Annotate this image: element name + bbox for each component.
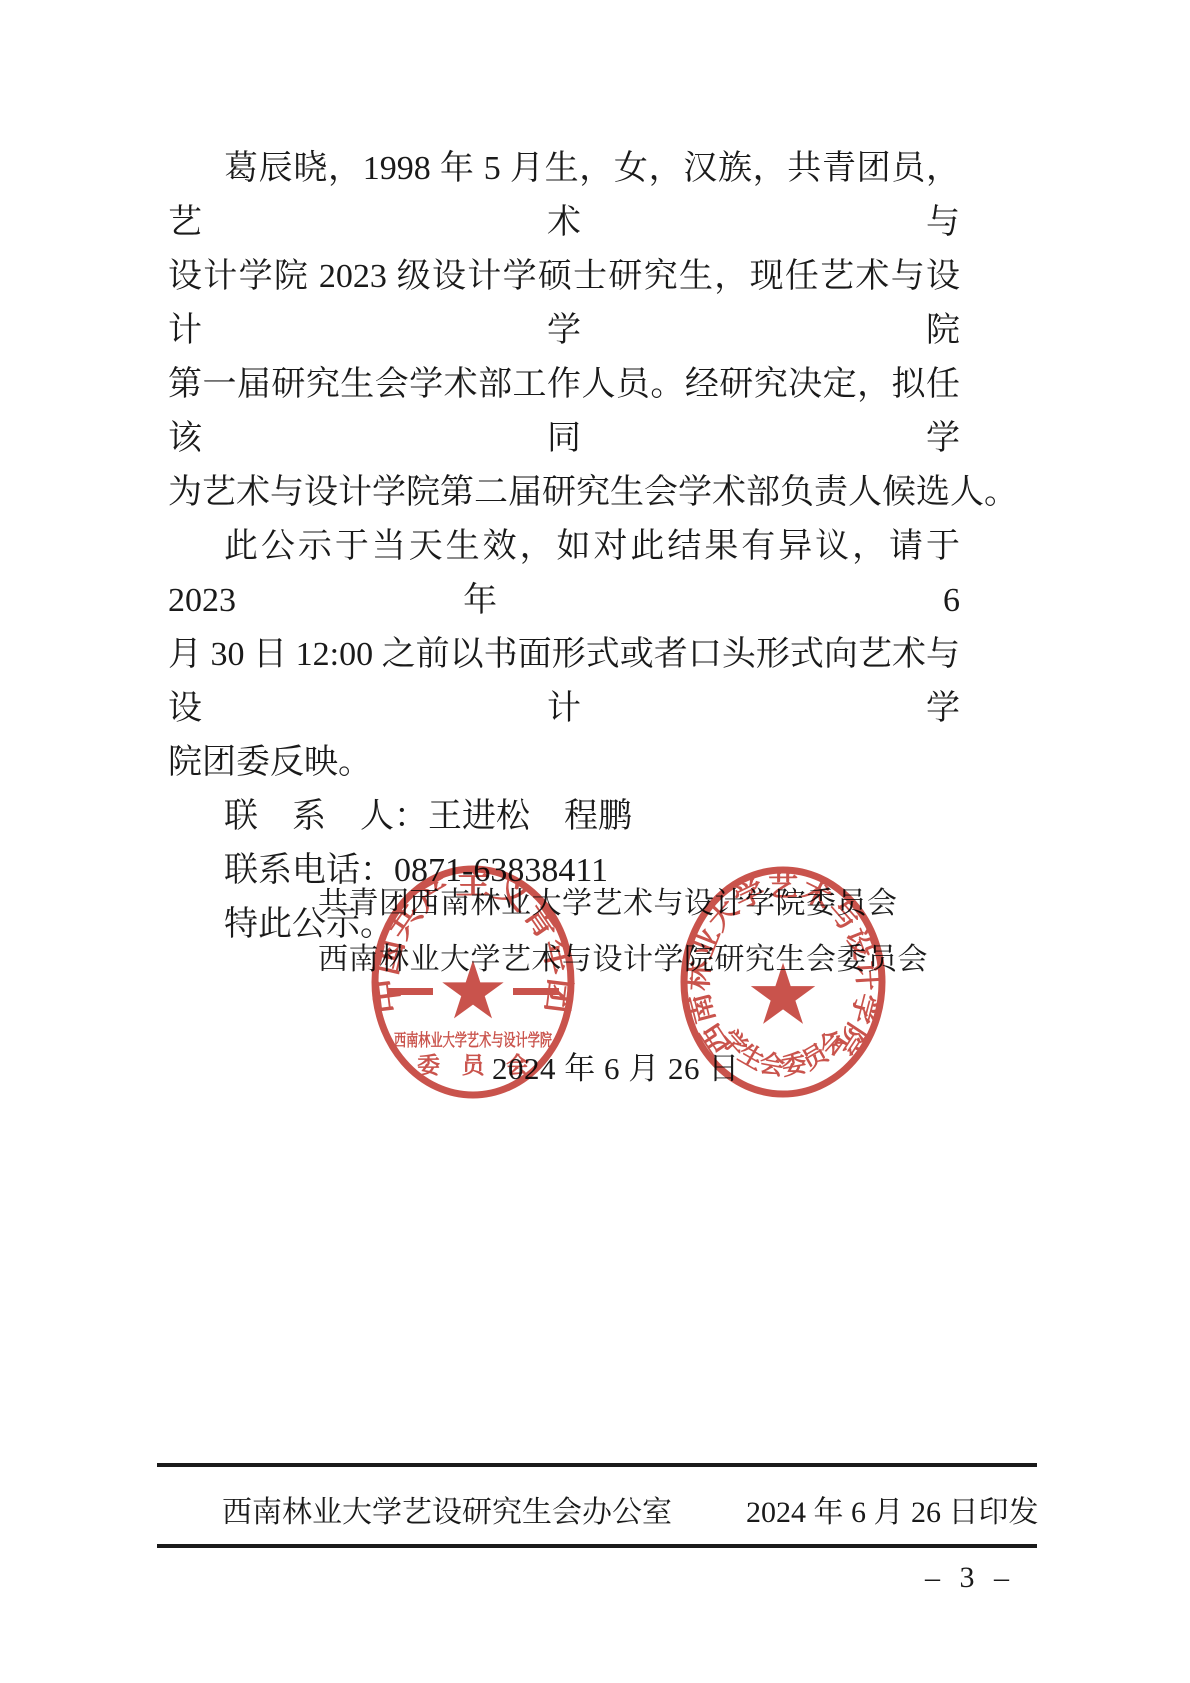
seal-right-bar	[513, 988, 559, 995]
footer-office: 西南林业大学艺设研究生会办公室	[222, 1487, 672, 1531]
footer-bottom-rule	[157, 1544, 1037, 1548]
body-line: 葛辰晓，1998 年 5 月生，女，汉族，共青团员，艺术与	[168, 142, 960, 250]
star-icon: ★	[745, 950, 820, 1043]
seal-bottom-text: 委 员 会	[417, 1052, 529, 1078]
cyl-committee-seal: 中国共产主义青年团 ★ 西南林业大学艺术与设计学院 委 员 会	[366, 860, 580, 1102]
seal-band-text: 西南林业大学艺术与设计学院	[394, 1030, 552, 1050]
body-line: 院团委反映。	[168, 736, 960, 790]
body-line: 月 30 日 12:00 之前以书面形式或者口头形式向艺术与设计学	[168, 628, 960, 736]
footer-top-rule	[157, 1463, 1037, 1467]
body-line: 此公示于当天生效，如对此结果有异议，请于 2023 年 6	[168, 520, 960, 628]
student-union-seal: 西南林业大学艺术与设计学院 ★ 学生会委员会	[668, 860, 898, 1104]
document-body: 葛辰晓，1998 年 5 月生，女，汉族，共青团员，艺术与 设计学院 2023 …	[168, 142, 960, 952]
footer-print-date: 2024 年 6 月 26 日印发	[746, 1487, 1039, 1531]
body-line: 为艺术与设计学院第二届研究生会学术部负责人候选人。	[168, 466, 960, 520]
contact-person-line: 联 系 人：王进松 程鹏	[168, 790, 960, 844]
body-line: 设计学院 2023 级设计学硕士研究生，现任艺术与设计学院	[168, 250, 960, 358]
body-line: 第一届研究生会学术部工作人员。经研究决定，拟任该同学	[168, 358, 960, 466]
document-page: 葛辰晓，1998 年 5 月生，女，汉族，共青团员，艺术与 设计学院 2023 …	[0, 0, 1190, 1683]
page-number: – 3 –	[925, 1561, 1015, 1595]
star-icon: ★	[437, 948, 509, 1036]
seal-left-bar	[387, 988, 433, 995]
